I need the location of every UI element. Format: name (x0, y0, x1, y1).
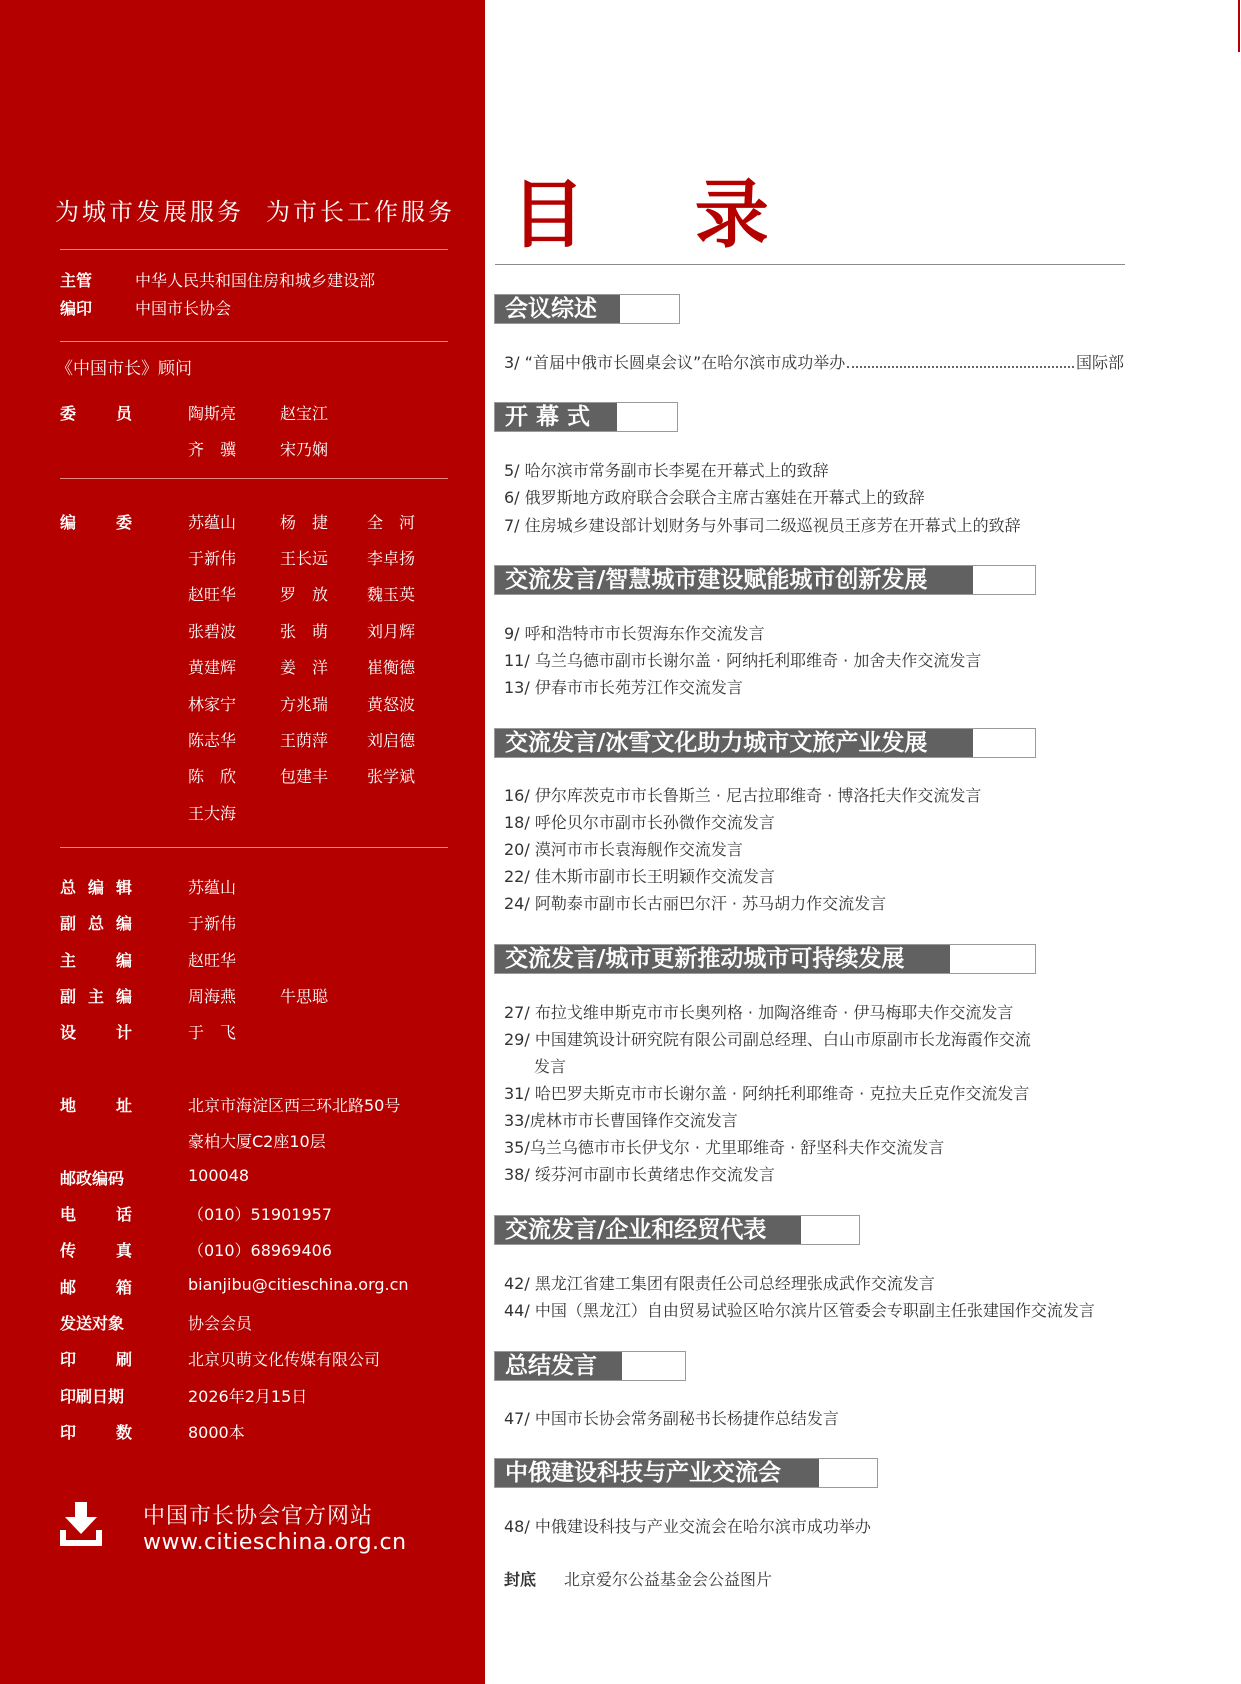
advisors-label: 委员 (60, 401, 132, 424)
toc-entry[interactable]: 27/ 布拉戈维申斯克市市长奥列格 · 加陶洛维奇 · 伊马梅耶夫作交流发言 (504, 1000, 1013, 1023)
slogan: 为城市发展服务为市长工作服务 (55, 192, 455, 227)
divider (60, 847, 448, 848)
toc-title: 目 录 (511, 178, 811, 252)
label-char: 副 (60, 911, 76, 934)
person-name: 包建丰 (280, 764, 328, 787)
label-char: 传 (60, 1238, 76, 1261)
info-label: 邮政编码 (60, 1166, 132, 1189)
label-char: 发送对象 (60, 1311, 124, 1334)
info-value: 北京市海淀区西三环北路50号 (188, 1093, 400, 1116)
person-name: 赵旺华 (188, 582, 236, 605)
website-name: 中国市长协会官方网站 (143, 1499, 373, 1530)
person-name: 齐 骥 (188, 437, 236, 460)
toc-entry-continuation[interactable]: 发言 (534, 1054, 566, 1077)
info-label: 邮箱 (60, 1275, 132, 1298)
info-label: 发送对象 (60, 1311, 132, 1334)
label-char: 主 (88, 984, 104, 1007)
label-char: 编 (88, 875, 104, 898)
slogan-part: 为市长工作服务 (266, 198, 455, 226)
section-heading: 会议综述 (494, 294, 680, 324)
person-name: 赵宝江 (280, 401, 328, 424)
section-heading-label: 交流发言/企业和经贸代表 (495, 1216, 801, 1244)
info-label: 印刷日期 (60, 1384, 132, 1407)
info-value: （010）68969406 (188, 1238, 332, 1261)
label-char: 计 (116, 1020, 132, 1043)
section-heading: 开 幕 式 (494, 402, 678, 432)
label-char: 编 (116, 984, 132, 1007)
label-char: 编 (60, 510, 76, 533)
person-name: 陈志华 (188, 728, 236, 751)
person-name: 王长远 (280, 546, 328, 569)
person-name: 宋乃娴 (280, 437, 328, 460)
section-heading-label: 交流发言/城市更新推动城市可持续发展 (495, 945, 950, 973)
person-name: 王大海 (188, 801, 236, 824)
label-char: 真 (116, 1238, 132, 1261)
label-char: 址 (116, 1093, 132, 1116)
staff-label: 副总编 (60, 911, 132, 934)
info-label: 印刷 (60, 1347, 132, 1370)
label-char: 印 (60, 1347, 76, 1370)
person-name: 于新伟 (188, 546, 236, 569)
label-char: 总 (88, 911, 104, 934)
info-value: 2026年2月15日 (188, 1384, 307, 1407)
toc-entry[interactable]: 20/ 漠河市市长袁海舰作交流发言 (504, 837, 743, 860)
divider (60, 249, 448, 250)
info-label: 地址 (60, 1093, 132, 1116)
person-name: 牛思聪 (280, 984, 328, 1007)
info-value: 豪柏大厦C2座10层 (188, 1129, 326, 1152)
toc-entry[interactable]: 6/ 俄罗斯地方政府联合会联合主席古塞娃在开幕式上的致辞 (504, 485, 925, 508)
info-label: 电话 (60, 1202, 132, 1225)
info-label: 印数 (60, 1420, 132, 1443)
section-heading: 交流发言/智慧城市建设赋能城市创新发展 (494, 565, 1036, 595)
person-name: 赵旺华 (188, 948, 236, 971)
staff-label: 副主编 (60, 984, 132, 1007)
label-char: 邮 (60, 1275, 76, 1298)
info-value: （010）51901957 (188, 1202, 332, 1225)
label-char: 箱 (116, 1275, 132, 1298)
section-heading: 总结发言 (494, 1351, 686, 1381)
label-char: 刷 (116, 1347, 132, 1370)
label-char: 设 (60, 1020, 76, 1043)
publisher-value: 中国市长协会 (135, 296, 231, 319)
person-name: 魏玉英 (367, 582, 415, 605)
toc-entry[interactable]: 9/ 呼和浩特市市长贺海东作交流发言 (504, 621, 765, 644)
staff-label: 总编辑 (60, 875, 132, 898)
toc-entry[interactable]: 7/ 住房城乡建设部计划财务与外事司二级巡视员王彦芳在开幕式上的致辞 (504, 513, 1021, 536)
toc-entry[interactable]: 33/虎林市市长曹国锋作交流发言 (504, 1108, 738, 1131)
label-char: 总 (60, 875, 76, 898)
section-heading-label: 中俄建设科技与产业交流会 (495, 1459, 819, 1487)
section-heading-label: 开 幕 式 (495, 403, 617, 431)
person-name: 林家宁 (188, 692, 236, 715)
slogan-part: 为城市发展服务 (55, 198, 244, 226)
publisher-label: 主管 (60, 268, 135, 291)
divider (60, 341, 448, 342)
back-cover-entry[interactable]: 封底北京爱尔公益基金会公益图片 (504, 1567, 772, 1590)
toc-entry[interactable]: 16/ 伊尔库茨克市市长鲁斯兰 · 尼古拉耶维奇 · 博洛托夫作交流发言 (504, 783, 981, 806)
toc-entry[interactable]: 47/ 中国市长协会常务副秘书长杨捷作总结发言 (504, 1406, 839, 1429)
toc-entry[interactable]: 42/ 黑龙江省建工集团有限责任公司总经理张成武作交流发言 (504, 1271, 935, 1294)
person-name: 张碧波 (188, 619, 236, 642)
person-name: 黄建辉 (188, 655, 236, 678)
entry-department: 国际部 (1076, 350, 1124, 373)
section-heading-label: 交流发言/智慧城市建设赋能城市创新发展 (495, 566, 973, 594)
toc-entry[interactable]: 31/ 哈巴罗夫斯克市市长谢尔盖 · 阿纳托利耶维奇 · 克拉夫丘克作交流发言 (504, 1081, 1029, 1104)
email-link[interactable]: bianjibu@citieschina.org.cn (188, 1275, 409, 1294)
person-name: 崔衡德 (367, 655, 415, 678)
advisors-title: 《中国市长》顾问 (56, 354, 192, 379)
section-heading-label: 会议综述 (495, 295, 620, 323)
person-name: 罗 放 (280, 582, 328, 605)
masthead-panel: 为城市发展服务为市长工作服务 主管中华人民共和国住房和城乡建设部 编印中国市长协… (0, 0, 485, 1684)
person-name: 陈 欣 (188, 764, 236, 787)
corner-mark (1238, 0, 1240, 52)
info-value: 北京贝萌文化传媒有限公司 (188, 1347, 380, 1370)
publisher-label: 编印 (60, 296, 135, 319)
toc-entry[interactable]: 11/ 乌兰乌德市副市长谢尔盖 · 阿纳托利耶维奇 · 加舍夫作交流发言 (504, 648, 981, 671)
label-char: 电 (60, 1202, 76, 1225)
person-name: 刘月辉 (367, 619, 415, 642)
person-name: 于新伟 (188, 911, 236, 934)
board-label: 编委 (60, 510, 132, 533)
toc-entry[interactable]: 24/ 阿勒泰市副市长古丽巴尔汗 · 苏马胡力作交流发言 (504, 891, 886, 914)
website-link[interactable]: 中国市长协会官方网站 www.citieschina.org.cn (60, 1494, 460, 1564)
label-char: 印 (60, 1420, 76, 1443)
toc-entry[interactable]: 35/乌兰乌德市市长伊戈尔 · 尤里耶维奇 · 舒坚科夫作交流发言 (504, 1135, 944, 1158)
section-heading: 交流发言/冰雪文化助力城市文旅产业发展 (494, 728, 1036, 758)
person-name: 杨 捷 (280, 510, 328, 533)
section-heading-label: 交流发言/冰雪文化助力城市文旅产业发展 (495, 729, 973, 757)
section-heading: 中俄建设科技与产业交流会 (494, 1458, 878, 1488)
section-heading: 交流发言/企业和经贸代表 (494, 1215, 860, 1245)
toc-entry[interactable]: 5/ 哈尔滨市常务副市长李冕在开幕式上的致辞 (504, 458, 829, 481)
divider (60, 478, 448, 479)
label-char: 数 (116, 1420, 132, 1443)
person-name: 张学斌 (367, 764, 415, 787)
person-name: 张 萌 (280, 619, 328, 642)
label-char: 员 (116, 401, 132, 424)
toc-entry[interactable]: 44/ 中国（黑龙江）自由贸易试验区哈尔滨片区管委会专职副主任张建国作交流发言 (504, 1298, 1095, 1321)
toc-entry[interactable]: 18/ 呼伦贝尔市副市长孙微作交流发言 (504, 810, 775, 833)
back-cover-label: 封底 (504, 1567, 564, 1590)
label-char: 主 (60, 948, 76, 971)
toc-entry[interactable]: 22/ 佳木斯市副市长王明颖作交流发言 (504, 864, 775, 887)
label-char: 印刷日期 (60, 1384, 124, 1407)
entry-title: 3/ “首届中俄市长圆桌会议”在哈尔滨市成功举办 (504, 350, 845, 373)
person-name: 全 河 (367, 510, 415, 533)
label-char: 编 (116, 948, 132, 971)
staff-label: 主编 (60, 948, 132, 971)
title-rule (495, 264, 1125, 265)
label-char: 话 (116, 1202, 132, 1225)
info-value: 100048 (188, 1166, 249, 1185)
person-name: 陶斯亮 (188, 401, 236, 424)
person-name: 黄怒波 (367, 692, 415, 715)
section-heading-label: 总结发言 (495, 1352, 622, 1380)
person-name: 苏蕴山 (188, 875, 236, 898)
label-char: 编 (116, 911, 132, 934)
label-char: 地 (60, 1093, 76, 1116)
label-char: 委 (116, 510, 132, 533)
leader-dots (847, 350, 1074, 368)
person-name: 于 飞 (188, 1020, 236, 1043)
label-char: 邮政编码 (60, 1166, 124, 1189)
toc-entry[interactable]: 29/ 中国建筑设计研究院有限公司副总经理、白山市原副市长龙海霞作交流 (504, 1027, 1031, 1050)
info-value: 协会会员 (188, 1311, 252, 1334)
publisher-value: 中华人民共和国住房和城乡建设部 (135, 268, 375, 291)
section-heading: 交流发言/城市更新推动城市可持续发展 (494, 944, 1036, 974)
back-cover-value: 北京爱尔公益基金会公益图片 (564, 1570, 772, 1589)
toc-entry[interactable]: 38/ 绥芬河市副市长黄绪忠作交流发言 (504, 1162, 775, 1185)
person-name: 苏蕴山 (188, 510, 236, 533)
download-icon (60, 1502, 102, 1546)
publisher-row: 主管中华人民共和国住房和城乡建设部 (60, 268, 375, 291)
label-char: 委 (60, 401, 76, 424)
staff-label: 设计 (60, 1020, 132, 1043)
label-char: 辑 (116, 875, 132, 898)
label-char: 副 (60, 984, 76, 1007)
person-name: 李卓扬 (367, 546, 415, 569)
publisher-row: 编印中国市长协会 (60, 296, 231, 319)
person-name: 姜 洋 (280, 655, 328, 678)
website-url[interactable]: www.citieschina.org.cn (143, 1530, 407, 1555)
toc-entry[interactable]: 48/ 中俄建设科技与产业交流会在哈尔滨市成功举办 (504, 1514, 871, 1537)
toc-entry[interactable]: 13/ 伊春市市长苑芳江作交流发言 (504, 675, 743, 698)
toc-entry[interactable]: 3/ “首届中俄市长圆桌会议”在哈尔滨市成功举办 国际部 (504, 350, 1124, 373)
person-name: 方兆瑞 (280, 692, 328, 715)
person-name: 王荫萍 (280, 728, 328, 751)
info-label: 传真 (60, 1238, 132, 1261)
info-value: 8000本 (188, 1420, 245, 1443)
person-name: 周海燕 (188, 984, 236, 1007)
person-name: 刘启德 (367, 728, 415, 751)
